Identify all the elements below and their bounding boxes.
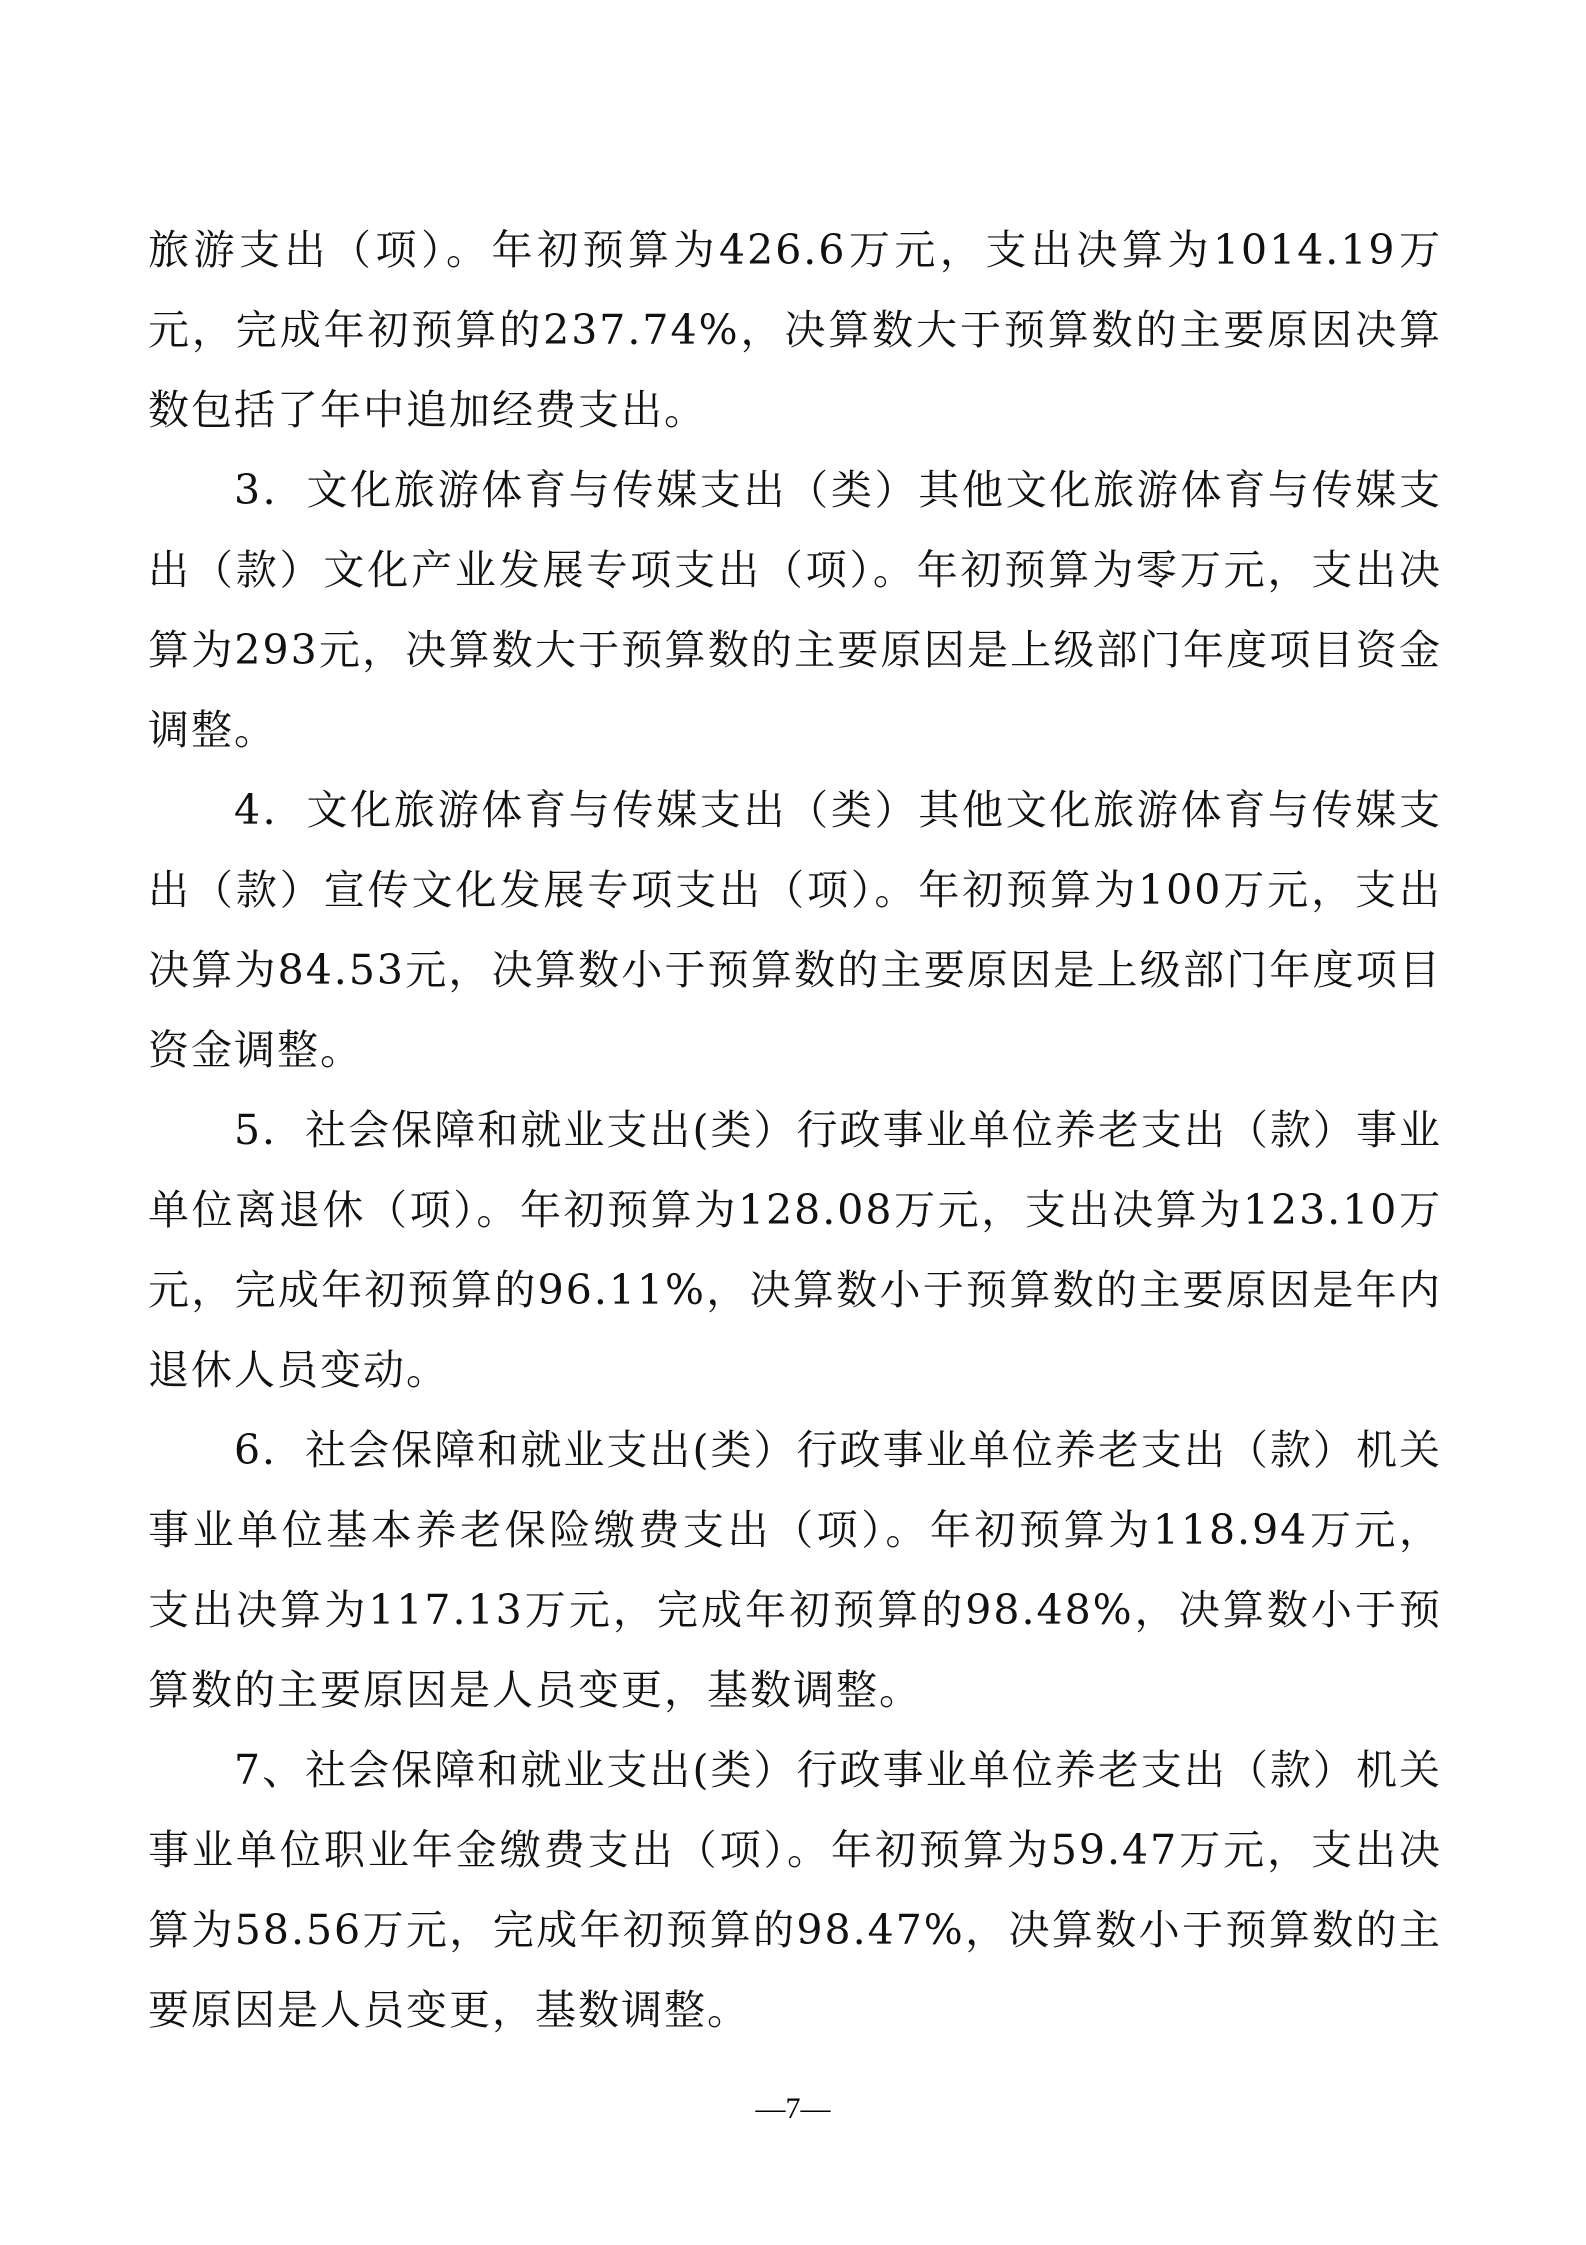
paragraph-item-5-retirement: 5．社会保障和就业支出(类）行政事业单位养老支出（款）事业单位离退休（项）。年初… <box>148 1090 1442 1410</box>
paragraph-item-6-pension-insurance: 6．社会保障和就业支出(类）行政事业单位养老支出（款）机关事业单位基本养老保险缴… <box>148 1410 1442 1730</box>
paragraph-tourism-expense-continued: 旅游支出（项）。年初预算为426.6万元，支出决算为1014.19万元，完成年初… <box>148 210 1442 450</box>
paragraph-item-3-culture-industry: 3．文化旅游体育与传媒支出（类）其他文化旅游体育与传媒支出（款）文化产业发展专项… <box>148 450 1442 770</box>
document-body: 旅游支出（项）。年初预算为426.6万元，支出决算为1014.19万元，完成年初… <box>148 210 1442 2050</box>
paragraph-item-4-propaganda-culture: 4．文化旅游体育与传媒支出（类）其他文化旅游体育与传媒支出（款）宣传文化发展专项… <box>148 770 1442 1090</box>
paragraph-item-7-occupational-annuity: 7、社会保障和就业支出(类）行政事业单位养老支出（款）机关事业单位职业年金缴费支… <box>148 1730 1442 2050</box>
document-page: 旅游支出（项）。年初预算为426.6万元，支出决算为1014.19万元，完成年初… <box>0 0 1586 2245</box>
page-number: —7— <box>0 2092 1586 2126</box>
